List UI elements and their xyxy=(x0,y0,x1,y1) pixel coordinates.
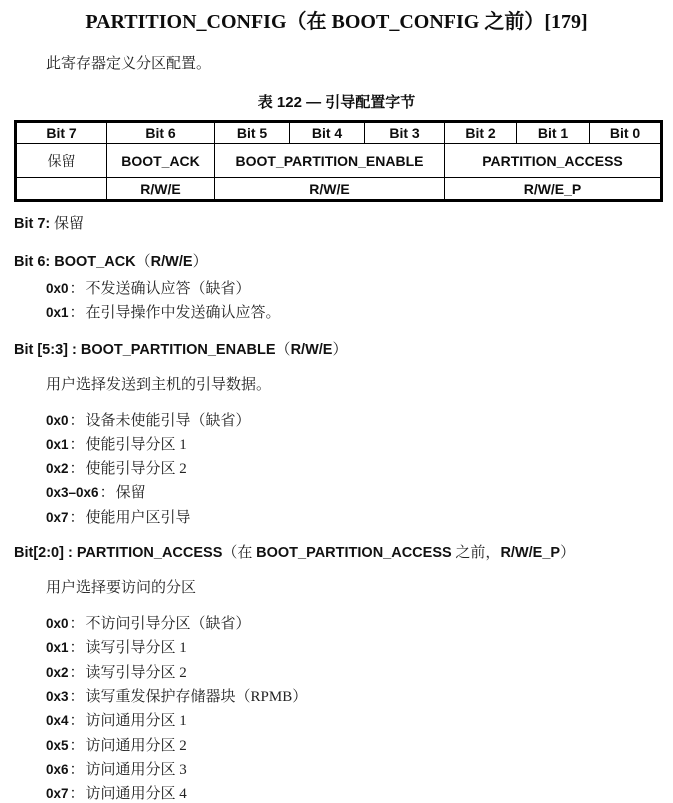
bit53-access-type: R/W/E xyxy=(291,342,333,358)
bit53-description: 用户选择发送到主机的引导数据。 xyxy=(46,376,673,394)
fullwidth-colon: ： xyxy=(69,640,86,656)
value-line: 0x3：读写重发保护存储器块（RPMB） xyxy=(46,685,673,709)
bit7-label: Bit 7: xyxy=(14,216,50,232)
alias-suffix: 之前， xyxy=(452,545,501,561)
fullwidth-colon: ： xyxy=(69,437,86,453)
boot-ack-access-cell: R/W/E xyxy=(107,178,215,201)
value-prefix: 0x6 xyxy=(46,762,69,777)
table-header-row: Bit 7 Bit 6 Bit 5 Bit 4 Bit 3 Bit 2 Bit … xyxy=(16,122,662,144)
value-prefix: 0x7 xyxy=(46,786,69,801)
value-line: 0x7：使能用户区引导 xyxy=(46,506,673,530)
bit5-header: Bit 5 xyxy=(215,122,290,144)
section-heading-bit6: Bit 6: BOOT_ACK（R/W/E） xyxy=(14,253,673,271)
value-prefix: 0x3–0x6 xyxy=(46,485,99,500)
bit-field-table: Bit 7 Bit 6 Bit 5 Bit 4 Bit 3 Bit 2 Bit … xyxy=(14,120,663,202)
fullwidth-colon: ： xyxy=(69,786,86,802)
bit7-header: Bit 7 xyxy=(16,122,107,144)
bit4-header: Bit 4 xyxy=(290,122,365,144)
value-line: 0x2：使能引导分区 2 xyxy=(46,457,673,481)
access-type-row: R/W/E R/W/E R/W/E_P xyxy=(16,178,662,201)
bit20-access-type: R/W/E_P xyxy=(500,545,560,561)
value-line: 0x4：访问通用分区 1 xyxy=(46,709,673,733)
value-label: 使能引导分区 2 xyxy=(86,461,187,477)
value-line: 0x6：访问通用分区 3 xyxy=(46,758,673,782)
value-prefix: 0x2 xyxy=(46,665,69,680)
value-line: 0x0：设备未使能引导（缺省） xyxy=(46,409,673,433)
value-label: 读写引导分区 2 xyxy=(86,665,187,681)
fullwidth-colon: ： xyxy=(69,281,86,297)
value-label: 不访问引导分区（缺省） xyxy=(86,616,251,632)
paren-close: ） xyxy=(560,545,575,561)
value-label: 访问通用分区 3 xyxy=(86,762,187,778)
value-line: 0x3–0x6：保留 xyxy=(46,481,673,505)
bit3-header: Bit 3 xyxy=(365,122,445,144)
value-prefix: 0x5 xyxy=(46,738,69,753)
paren-open: （ xyxy=(276,342,291,358)
bit53-label: Bit [5:3] : BOOT_PARTITION_ENABLE xyxy=(14,342,276,358)
value-prefix: 0x0 xyxy=(46,616,69,631)
bit20-label: Bit[2:0] : PARTITION_ACCESS xyxy=(14,545,222,561)
value-line: 0x1：使能引导分区 1 xyxy=(46,433,673,457)
bit20-alias: BOOT_PARTITION_ACCESS xyxy=(256,545,452,561)
bit53-value-list: 0x0：设备未使能引导（缺省） 0x1：使能引导分区 1 0x2：使能引导分区 … xyxy=(0,409,673,530)
bit7-value: 保留 xyxy=(50,216,84,232)
value-label: 访问通用分区 2 xyxy=(86,738,187,754)
value-line: 0x1：读写引导分区 1 xyxy=(46,636,673,660)
value-prefix: 0x4 xyxy=(46,713,69,728)
value-label: 在引导操作中发送确认应答。 xyxy=(86,305,281,321)
paren-close: ） xyxy=(193,254,208,270)
fullwidth-colon: ： xyxy=(69,305,86,321)
bit20-value-list: 0x0：不访问引导分区（缺省） 0x1：读写引导分区 1 0x2：读写引导分区 … xyxy=(0,612,673,803)
value-prefix: 0x7 xyxy=(46,510,69,525)
fullwidth-colon: ： xyxy=(69,413,86,429)
fullwidth-colon: ： xyxy=(69,738,86,754)
section-heading-bit5-3: Bit [5:3] : BOOT_PARTITION_ENABLE（R/W/E） xyxy=(14,341,673,359)
value-prefix: 0x2 xyxy=(46,461,69,476)
value-line: 0x0：不访问引导分区（缺省） xyxy=(46,612,673,636)
bit2-header: Bit 2 xyxy=(445,122,517,144)
value-line: 0x7：访问通用分区 4 xyxy=(46,782,673,803)
value-label: 访问通用分区 4 xyxy=(86,786,187,802)
value-prefix: 0x0 xyxy=(46,281,69,296)
value-label: 读写重发保护存储器块（RPMB） xyxy=(86,689,308,705)
fullwidth-colon: ： xyxy=(69,510,86,526)
section-heading-bit7: Bit 7: 保留 xyxy=(14,215,673,233)
fullwidth-colon: ： xyxy=(69,713,86,729)
reserved-field-cell: 保留 xyxy=(16,144,107,178)
page-title: PARTITION_CONFIG（在 BOOT_CONFIG 之前）[179] xyxy=(0,0,673,37)
bit6-access-type: R/W/E xyxy=(151,254,193,270)
paren-close: ） xyxy=(332,342,347,358)
fullwidth-colon: ： xyxy=(99,485,116,501)
value-line: 0x5：访问通用分区 2 xyxy=(46,734,673,758)
value-line: 0x1：在引导操作中发送确认应答。 xyxy=(46,301,673,325)
bit6-label: Bit 6: BOOT_ACK xyxy=(14,254,136,270)
reserved-access-cell xyxy=(16,178,107,201)
fullwidth-colon: ： xyxy=(69,689,86,705)
value-label: 读写引导分区 1 xyxy=(86,640,187,656)
bit1-header: Bit 1 xyxy=(517,122,590,144)
boot-ack-field-cell: BOOT_ACK xyxy=(107,144,215,178)
fullwidth-colon: ： xyxy=(69,616,86,632)
bit6-header: Bit 6 xyxy=(107,122,215,144)
bit0-header: Bit 0 xyxy=(590,122,662,144)
value-label: 不发送确认应答（缺省） xyxy=(86,281,251,297)
table-caption: 表 122 — 引导配置字节 xyxy=(0,94,673,112)
value-label: 使能用户区引导 xyxy=(86,510,191,526)
value-label: 使能引导分区 1 xyxy=(86,437,187,453)
bit6-value-list: 0x0：不发送确认应答（缺省） 0x1：在引导操作中发送确认应答。 xyxy=(0,277,673,326)
value-prefix: 0x1 xyxy=(46,437,69,452)
paren-open: （ xyxy=(136,254,151,270)
bit20-description: 用户选择要访问的分区 xyxy=(46,579,673,597)
partition-access-field-cell: PARTITION_ACCESS xyxy=(445,144,662,178)
value-prefix: 0x0 xyxy=(46,413,69,428)
value-line: 0x2：读写引导分区 2 xyxy=(46,661,673,685)
document-page: PARTITION_CONFIG（在 BOOT_CONFIG 之前）[179] … xyxy=(0,0,673,803)
fullwidth-colon: ： xyxy=(69,461,86,477)
value-label: 访问通用分区 1 xyxy=(86,713,187,729)
value-prefix: 0x1 xyxy=(46,305,69,320)
field-name-row: 保留 BOOT_ACK BOOT_PARTITION_ENABLE PARTIT… xyxy=(16,144,662,178)
value-prefix: 0x1 xyxy=(46,640,69,655)
paren-open: （在 xyxy=(222,545,256,561)
value-label: 设备未使能引导（缺省） xyxy=(86,413,251,429)
boot-partition-enable-field-cell: BOOT_PARTITION_ENABLE xyxy=(215,144,445,178)
section-heading-bit2-0: Bit[2:0] : PARTITION_ACCESS（在 BOOT_PARTI… xyxy=(14,544,673,562)
fullwidth-colon: ： xyxy=(69,762,86,778)
fullwidth-colon: ： xyxy=(69,665,86,681)
value-line: 0x0：不发送确认应答（缺省） xyxy=(46,277,673,301)
partition-access-access-cell: R/W/E_P xyxy=(445,178,662,201)
value-prefix: 0x3 xyxy=(46,689,69,704)
boot-partition-enable-access-cell: R/W/E xyxy=(215,178,445,201)
intro-paragraph: 此寄存器定义分区配置。 xyxy=(46,55,673,73)
value-label: 保留 xyxy=(116,485,146,501)
